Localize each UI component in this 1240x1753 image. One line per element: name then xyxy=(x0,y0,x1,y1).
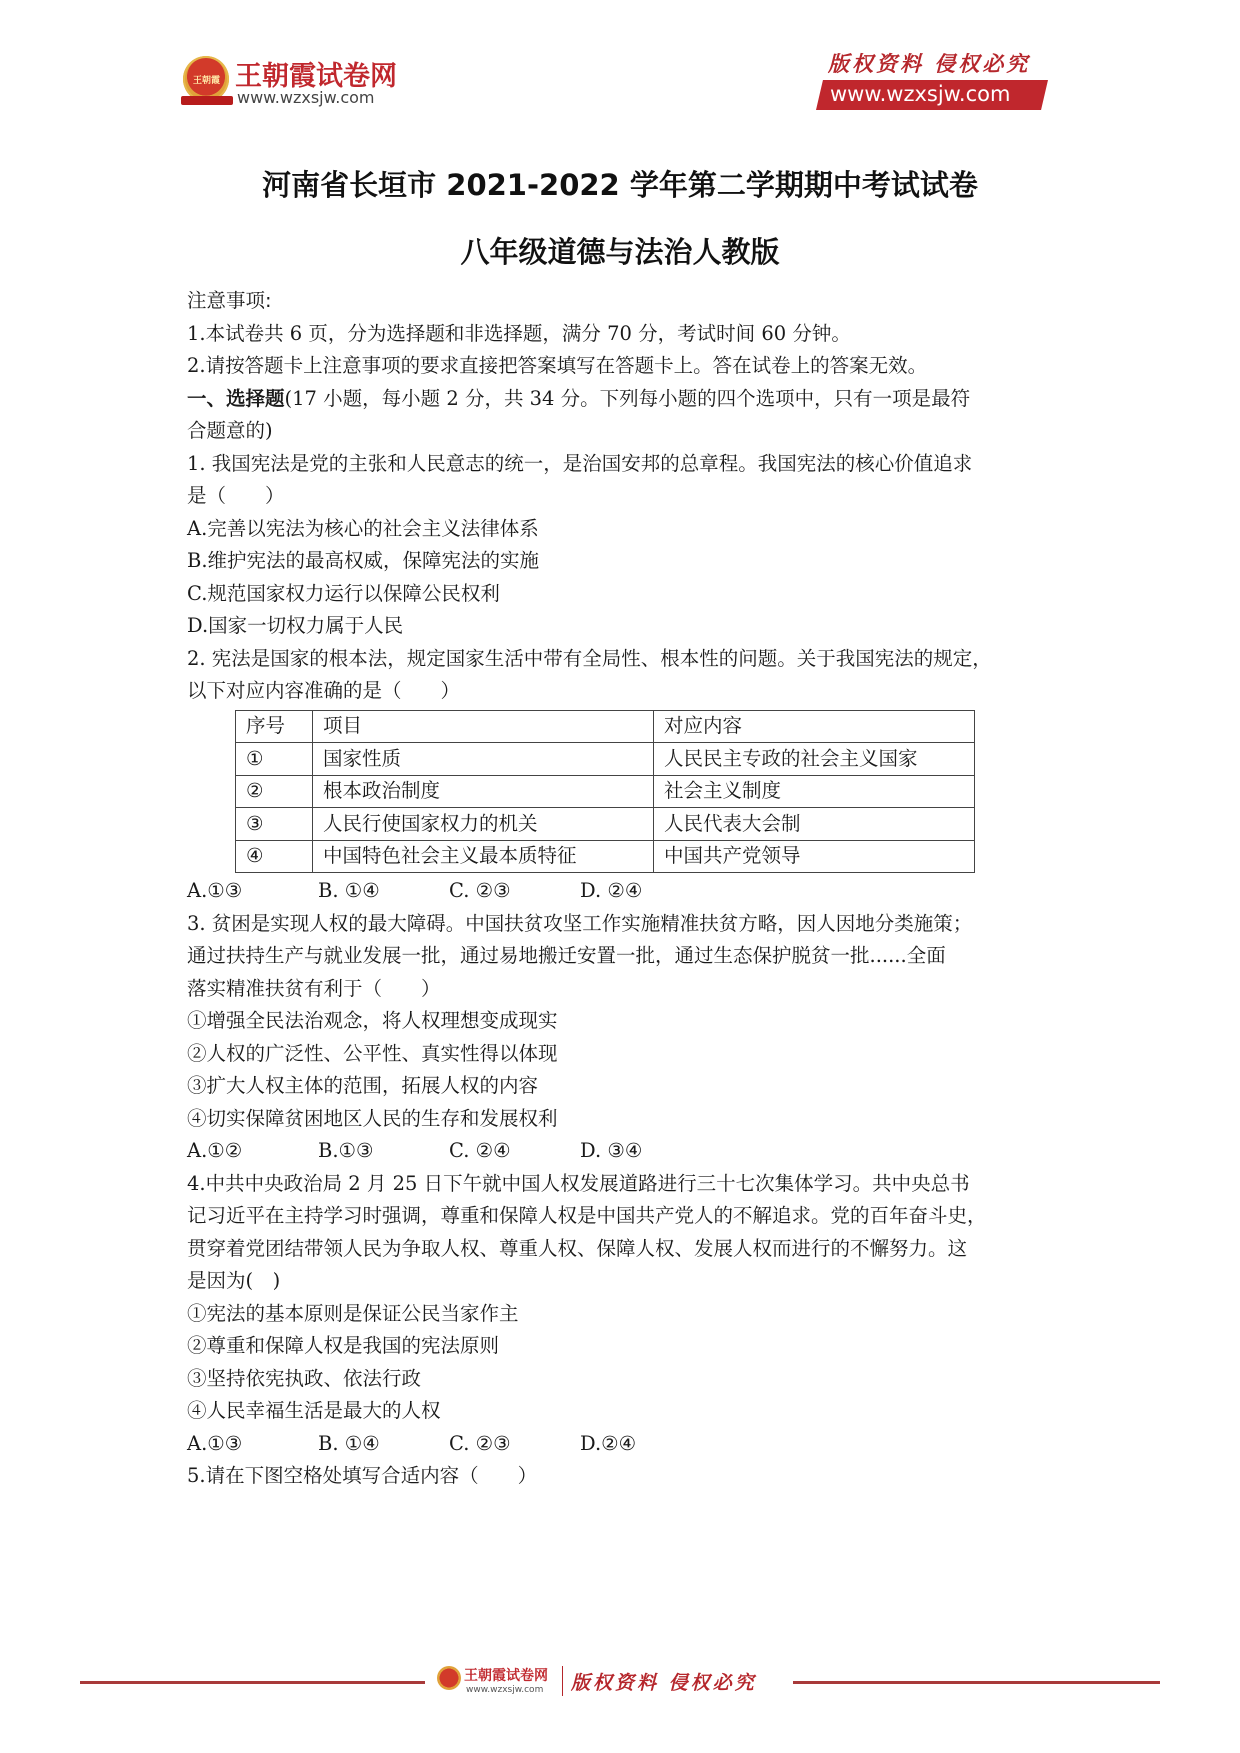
statement: ②尊重和保障人权是我国的宪法原则 xyxy=(187,1330,1057,1363)
table-header: 项目 xyxy=(313,710,654,743)
question-text: 通过扶持生产与就业发展一批，通过易地搬迁安置一批，通过生态保护脱贫一批.....… xyxy=(187,940,1057,973)
option-d: D. ③④ xyxy=(580,1135,711,1168)
question-1: 1. 我国宪法是党的主张和人民意志的统一，是治国安邦的总章程。我国宪法的核心价值… xyxy=(187,448,1057,643)
question-text: 4.中共中央政治局 2 月 25 日下午就中国人权发展道路进行三十七次集体学习。… xyxy=(187,1168,1057,1201)
answer-options: A.①③ B. ①④ C. ②③ D.②④ xyxy=(187,1428,1057,1461)
option-a: A.①② xyxy=(187,1135,318,1168)
answer-options: A.①③ B. ①④ C. ②③ D. ②④ xyxy=(187,875,1057,908)
notice-item: 1.本试卷共 6 页，分为选择题和非选择题，满分 70 分，考试时间 60 分钟… xyxy=(187,318,1057,351)
statement: ③坚持依宪执政、依法行政 xyxy=(187,1363,1057,1396)
option-c: C. ②③ xyxy=(449,1428,580,1461)
notice-heading: 注意事项: xyxy=(187,285,1057,318)
exam-content: 注意事项: 1.本试卷共 6 页，分为选择题和非选择题，满分 70 分，考试时间… xyxy=(187,285,1057,1493)
exam-title: 河南省长垣市 2021-2022 学年第二学期期中考试试卷 xyxy=(0,163,1240,204)
table-header: 序号 xyxy=(236,710,313,743)
choice-c: C.规范国家权力运行以保障公民权利 xyxy=(187,578,1057,611)
footer-divider-right xyxy=(793,1681,1160,1684)
statement: ②人权的广泛性、公平性、真实性得以体现 xyxy=(187,1038,1057,1071)
constitution-table: 序号 项目 对应内容 ① 国家性质 人民民主专政的社会主义国家 ② 根本政治制度… xyxy=(235,710,975,874)
table-row: ④ 中国特色社会主义最本质特征 中国共产党领导 xyxy=(236,840,975,873)
question-text: 是因为( ) xyxy=(187,1265,1057,1298)
answer-options: A.①② B.①③ C. ②④ D. ③④ xyxy=(187,1135,1057,1168)
url-banner: www.wzxsjw.com xyxy=(816,80,1048,110)
question-text: 是（ ） xyxy=(187,480,1057,513)
statement: ④切实保障贫困地区人民的生存和发展权利 xyxy=(187,1103,1057,1136)
question-text: 以下对应内容准确的是（ ） xyxy=(187,675,1057,708)
badge-text: 王朝霞 xyxy=(193,73,220,86)
section-heading: 一、选择题(17 小题，每小题 2 分，共 34 分。下列每小题的四个选项中，只… xyxy=(187,383,1057,416)
footer-divider-left xyxy=(80,1681,425,1684)
question-text: 1. 我国宪法是党的主张和人民意志的统一，是治国安邦的总章程。我国宪法的核心价值… xyxy=(187,448,1057,481)
question-text: 5.请在下图空格处填写合适内容（ ） xyxy=(187,1460,1057,1493)
footer-brand-name: 王朝霞试卷网 xyxy=(464,1665,548,1685)
option-b: B. ①④ xyxy=(318,1428,449,1461)
statement: ①宪法的基本原则是保证公民当家作主 xyxy=(187,1298,1057,1331)
question-4: 4.中共中央政治局 2 月 25 日下午就中国人权发展道路进行三十七次集体学习。… xyxy=(187,1168,1057,1461)
footer-badge-icon xyxy=(437,1666,461,1690)
option-d: D.②④ xyxy=(580,1428,711,1461)
option-d: D. ②④ xyxy=(580,875,711,908)
question-text: 记习近平在主持学习时强调，尊重和保障人权是中国共产党人的不解追求。党的百年奋斗史… xyxy=(187,1200,1057,1233)
question-text: 3. 贫困是实现人权的最大障碍。中国扶贫攻坚工作实施精准扶贫方略，因人因地分类施… xyxy=(187,908,1057,941)
table-header-row: 序号 项目 对应内容 xyxy=(236,710,975,743)
table-cell: 人民行使国家权力的机关 xyxy=(313,808,654,841)
choice-a: A.完善以宪法为核心的社会主义法律体系 xyxy=(187,513,1057,546)
statement: ①增强全民法治观念，将人权理想变成现实 xyxy=(187,1005,1057,1038)
table-row: ③ 人民行使国家权力的机关 人民代表大会制 xyxy=(236,808,975,841)
table-row: ② 根本政治制度 社会主义制度 xyxy=(236,775,975,808)
site-logo: 王朝霞 王朝霞试卷网 www.wzxsjw.com xyxy=(183,52,403,116)
table-cell: 人民代表大会制 xyxy=(654,808,975,841)
option-c: C. ②④ xyxy=(449,1135,580,1168)
banner-url: www.wzxsjw.com xyxy=(830,82,1010,106)
footer-slogan: 版权资料 侵权必究 xyxy=(571,1668,757,1695)
statement: ③扩大人权主体的范围，拓展人权的内容 xyxy=(187,1070,1057,1103)
page-footer: 王朝霞试卷网 www.wzxsjw.com 版权资料 侵权必究 xyxy=(80,1650,1160,1710)
exam-subtitle: 八年级道德与法治人教版 xyxy=(0,230,1240,271)
section-heading-line1: 一、选择题(17 小题，每小题 2 分，共 34 分。下列每小题的四个选项中，只… xyxy=(187,387,970,410)
table-cell: 国家性质 xyxy=(313,743,654,776)
brand-url: www.wzxsjw.com xyxy=(237,88,374,107)
option-b: B. ①④ xyxy=(318,875,449,908)
choice-b: B.维护宪法的最高权威，保障宪法的实施 xyxy=(187,545,1057,578)
table-cell: ② xyxy=(236,775,313,808)
footer-brand-url: www.wzxsjw.com xyxy=(466,1685,543,1695)
badge-ribbon-icon xyxy=(181,96,233,105)
statement: ④人民幸福生活是最大的人权 xyxy=(187,1395,1057,1428)
table-cell: 根本政治制度 xyxy=(313,775,654,808)
question-2: 2. 宪法是国家的根本法，规定国家生活中带有全局性、根本性的问题。关于我国宪法的… xyxy=(187,643,1057,908)
table-cell: 社会主义制度 xyxy=(654,775,975,808)
choice-d: D.国家一切权力属于人民 xyxy=(187,610,1057,643)
option-b: B.①③ xyxy=(318,1135,449,1168)
question-5: 5.请在下图空格处填写合适内容（ ） xyxy=(187,1460,1057,1493)
question-3: 3. 贫困是实现人权的最大障碍。中国扶贫攻坚工作实施精准扶贫方略，因人因地分类施… xyxy=(187,908,1057,1168)
footer-separator xyxy=(562,1666,563,1696)
table-cell: 中国特色社会主义最本质特征 xyxy=(313,840,654,873)
table-row: ① 国家性质 人民民主专政的社会主义国家 xyxy=(236,743,975,776)
option-c: C. ②③ xyxy=(449,875,580,908)
option-a: A.①③ xyxy=(187,875,318,908)
section-heading-line2: 合题意的) xyxy=(187,415,1057,448)
option-a: A.①③ xyxy=(187,1428,318,1461)
question-text: 贯穿着党团结带领人民为争取人权、尊重人权、保障人权、发展人权而进行的不懈努力。这 xyxy=(187,1233,1057,1266)
table-cell: ③ xyxy=(236,808,313,841)
question-text: 落实精准扶贫有利于（ ） xyxy=(187,973,1057,1006)
table-cell: ① xyxy=(236,743,313,776)
question-text: 2. 宪法是国家的根本法，规定国家生活中带有全局性、根本性的问题。关于我国宪法的… xyxy=(187,643,1057,676)
table-cell: 人民民主专政的社会主义国家 xyxy=(654,743,975,776)
table-header: 对应内容 xyxy=(654,710,975,743)
copyright-slogan: 版权资料 侵权必究 xyxy=(828,48,1030,78)
table-cell: 中国共产党领导 xyxy=(654,840,975,873)
copyright-banner: 版权资料 侵权必究 www.wzxsjw.com xyxy=(808,48,1048,114)
notice-item: 2.请按答题卡上注意事项的要求直接把答案填写在答题卡上。答在试卷上的答案无效。 xyxy=(187,350,1057,383)
table-cell: ④ xyxy=(236,840,313,873)
